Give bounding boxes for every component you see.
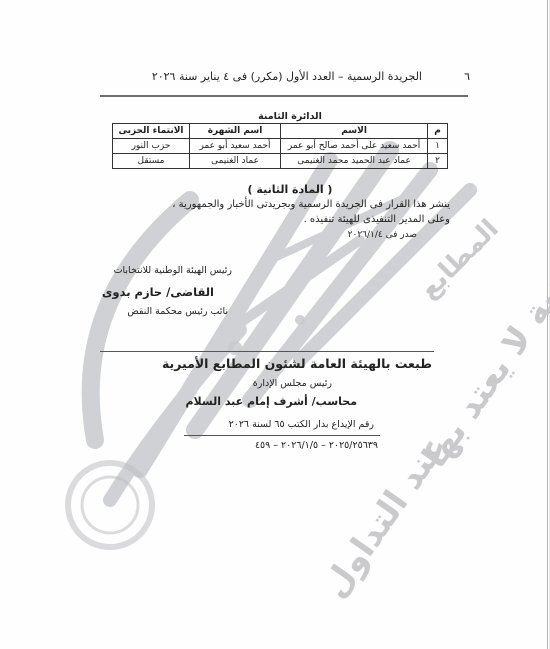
column-header-number: م [428, 124, 448, 139]
board-chair-name: محاسب/ أشرف إمام عبد السلام [185, 395, 357, 408]
candidates-table: م الاسم اسم الشهرة الانتماء الحزبى ١ أحم… [112, 123, 448, 169]
table-row: ٢ عماد عبد الحميد محمد الغنيمى عماد الغن… [113, 154, 448, 169]
cell-party: مستقل [113, 154, 190, 169]
deposit-number: رقم الإيداع بدار الكتب ٦٥ لسنة ٢٠٢٦ [229, 419, 374, 430]
board-chair-title: رئيس مجلس الإدارة [253, 378, 332, 389]
cell-number: ٢ [428, 154, 448, 169]
article-title: ( المادة الثانية ) [0, 183, 550, 196]
page-number: ٦ [464, 70, 470, 83]
printer-statement: طبعت بالهيئة العامة لشئون المطابع الأمير… [162, 356, 432, 371]
column-header-name: الاسم [281, 124, 428, 139]
document-page: ٦ الجريدة الرسمية – العدد الأول (مكرر) ف… [0, 0, 550, 649]
column-header-alias: اسم الشهرة [189, 124, 280, 139]
article-paragraph-1: ينشر هذا القرار فى الجريدة الرسمية وبجري… [120, 199, 450, 210]
issued-date: صدر فى ٢٠٢٦/١/٤ [348, 230, 417, 240]
reference-code: ٢٠٢٥/٢٥٦٣٩ – ٢٠٢٦/١/٥ – ٤٥٩ [255, 440, 378, 451]
cell-name: عماد عبد الحميد محمد الغنيمى [281, 154, 428, 169]
table-row: ١ أحمد سعيد على أحمد صالح أبو عمر أحمد س… [113, 139, 448, 154]
cell-number: ١ [428, 139, 448, 154]
cell-name: أحمد سعيد على أحمد صالح أبو عمر [281, 139, 428, 154]
header-divider [100, 95, 468, 97]
signatory-role: رئيس الهيئة الوطنية للانتخابات [114, 265, 232, 276]
cell-alias: عماد الغنيمى [189, 154, 280, 169]
cell-party: حزب النور [113, 139, 190, 154]
column-header-party: الانتماء الحزبى [113, 124, 190, 139]
signatory-name: القاضى/ حازم بدوى [102, 285, 214, 299]
cell-alias: أحمد سعيد أبو عمر [189, 139, 280, 154]
article-paragraph-2: وعلى المدير التنفيذى للهيئة تنفيذه . [304, 214, 450, 225]
signatory-subtitle: نائب رئيس محكمة النقض [127, 306, 228, 317]
gazette-title: الجريدة الرسمية – العدد الأول (مكرر) فى … [152, 70, 422, 83]
deposit-divider [184, 435, 380, 436]
district-title: الدائرة الثامنة [0, 111, 550, 122]
table-header-row: م الاسم اسم الشهرة الانتماء الحزبى [113, 124, 448, 139]
footer-divider [100, 351, 434, 352]
page-header: ٦ الجريدة الرسمية – العدد الأول (مكرر) ف… [100, 70, 470, 88]
